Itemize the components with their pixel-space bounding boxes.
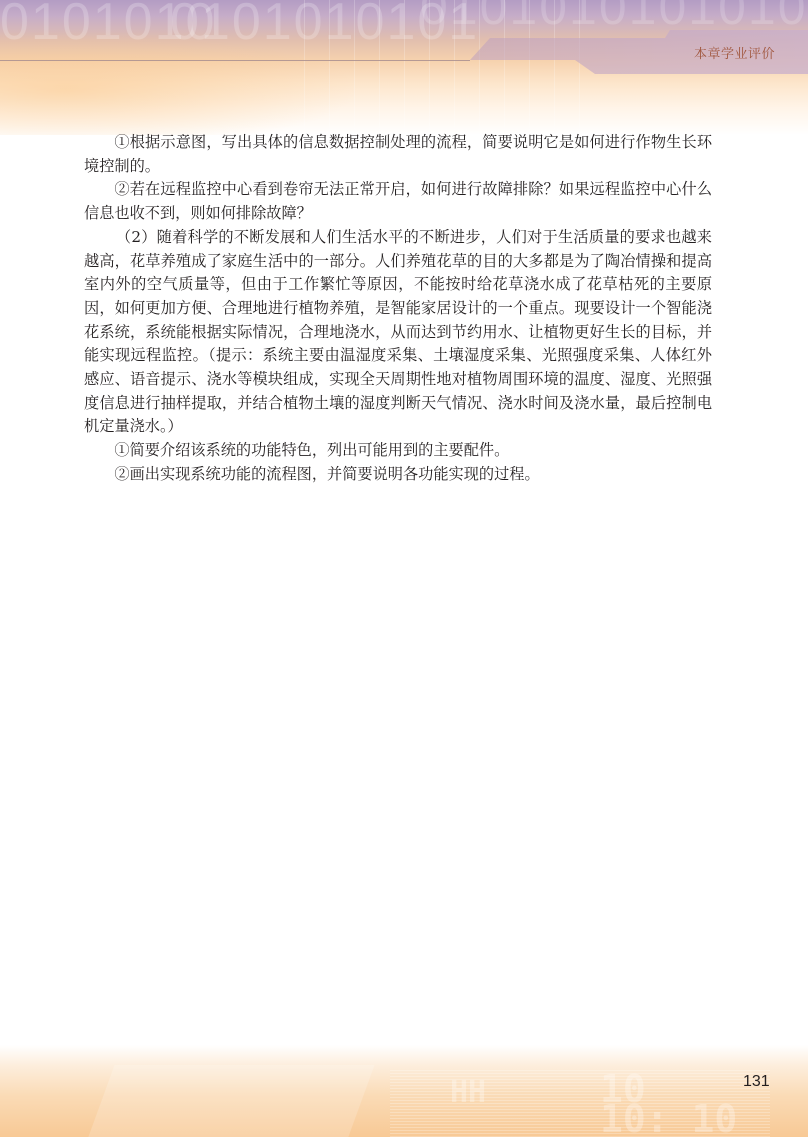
page-header-banner: 0101010 0101010101 0101010101010 本章学业评价 (0, 0, 808, 135)
question-item-2-2: ②画出实现系统功能的流程图，并简要说明各功能实现的过程。 (84, 463, 712, 487)
page-body-text: ①根据示意图，写出具体的信息数据控制处理的流程，简要说明它是如何进行作物生长环境… (84, 131, 712, 487)
page-number: 131 (743, 1073, 770, 1091)
question-item-2-1: ①简要介绍该系统的功能特色，列出可能用到的主要配件。 (84, 439, 712, 463)
page-footer-banner: HH 10 10: 10 (0, 1045, 808, 1137)
question-item-1-1: ①根据示意图，写出具体的信息数据控制处理的流程，简要说明它是如何进行作物生长环境… (84, 131, 712, 178)
footer-sheet-decoration (85, 1065, 374, 1137)
footer-digits-decoration: HH (450, 1075, 486, 1110)
footer-digits-decoration: 10: 10 (600, 1097, 737, 1137)
question-item-1-2: ②若在远程监控中心看到卷帘无法正常开启，如何进行故障排除？如果远程监控中心什么信… (84, 178, 712, 225)
chapter-section-label: 本章学业评价 (694, 43, 775, 62)
question-2-description: （2）随着科学的不断发展和人们生活水平的不断进步，人们对于生活质量的要求也越来越… (84, 226, 712, 439)
header-rule (0, 60, 470, 61)
